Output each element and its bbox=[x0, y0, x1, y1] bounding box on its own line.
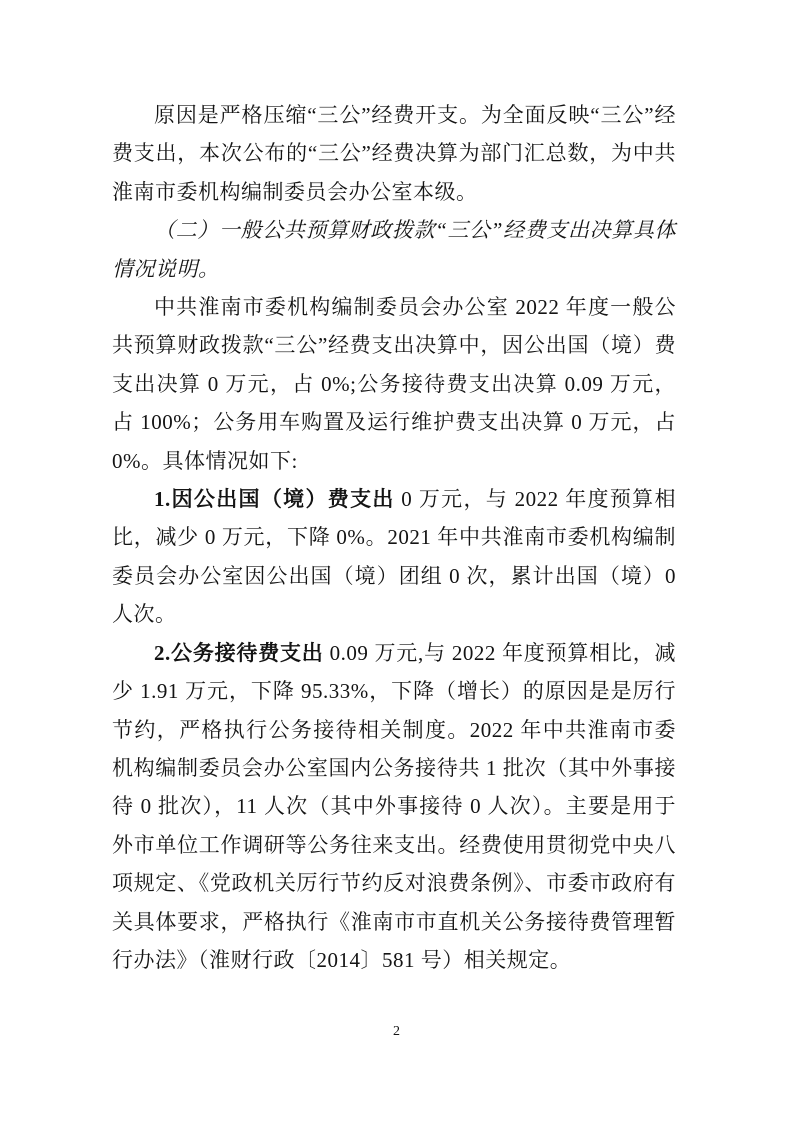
page-number: 2 bbox=[0, 1023, 793, 1041]
paragraph-item-2-reception-expense: 2.公务接待费支出 0.09 万元,与 2022 年度预算相比，减少 1.91 … bbox=[112, 634, 676, 980]
item-1-bold-lead: 1.因公出国（境）费支出 bbox=[154, 487, 395, 511]
item-2-bold-lead: 2.公务接待费支出 bbox=[154, 641, 324, 665]
document-body: 原因是严格压缩“三公”经费开支。为全面反映“三公”经费支出，本次公布的“三公”经… bbox=[112, 96, 676, 979]
document-page: 原因是严格压缩“三公”经费开支。为全面反映“三公”经费支出，本次公布的“三公”经… bbox=[0, 0, 793, 1122]
paragraph-text: 中共淮南市委机构编制委员会办公室 2022 年度一般公共预算财政拨款“三公”经费… bbox=[112, 295, 676, 473]
paragraph-overview: 原因是严格压缩“三公”经费开支。为全面反映“三公”经费支出，本次公布的“三公”经… bbox=[112, 96, 676, 211]
paragraph-summary: 中共淮南市委机构编制委员会办公室 2022 年度一般公共预算财政拨款“三公”经费… bbox=[112, 288, 676, 480]
paragraph-section-heading: （二）一般公共预算财政拨款“三公”经费支出决算具体情况说明。 bbox=[112, 211, 676, 288]
paragraph-text: 原因是严格压缩“三公”经费开支。为全面反映“三公”经费支出，本次公布的“三公”经… bbox=[112, 103, 676, 204]
paragraph-text: 0.09 万元,与 2022 年度预算相比，减少 1.91 万元，下降 95.3… bbox=[112, 641, 676, 972]
paragraph-item-1-abroad-expense: 1.因公出国（境）费支出 0 万元，与 2022 年度预算相比，减少 0 万元，… bbox=[112, 480, 676, 634]
section-heading-text: （二）一般公共预算财政拨款“三公”经费支出决算具体情况说明。 bbox=[112, 218, 676, 280]
